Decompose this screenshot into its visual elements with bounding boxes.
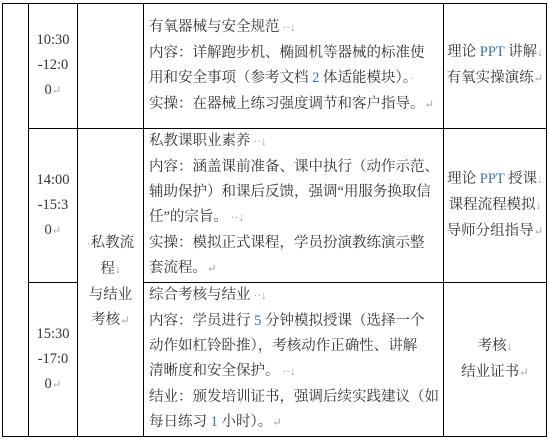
text-segment: 用和安全事项（参考文档	[149, 70, 312, 86]
text-segment: 辅助保护）和课后反馈，强调“用服务换取信	[149, 184, 431, 200]
text-segment: 私教流	[91, 235, 135, 251]
text-segment: 体适能模块）。	[319, 70, 410, 86]
text-line: 程↓	[78, 257, 143, 283]
text-line: -12:0	[29, 53, 77, 78]
text-segment: 结业：颁发培训证书，强调后续实践建议（如	[149, 389, 439, 405]
text-segment: -17:0	[38, 351, 69, 367]
text-segment: 10:30	[36, 32, 69, 48]
text-line: 0↵	[29, 78, 77, 104]
format-mark-icon: ··	[280, 22, 291, 34]
text-segment: 有氧实操演练	[447, 70, 534, 86]
format-mark-icon: ↓	[537, 174, 543, 186]
text-line: -17:0	[29, 347, 77, 372]
text-line: 15:30	[29, 322, 77, 347]
format-mark-icon: ··	[280, 366, 291, 378]
content-cell[interactable]: 私教课职业素养 ··↓内容：涵盖课前准备、课中执行（动作示范、辅助保护）和课后反…	[144, 129, 444, 283]
format-mark-icon: ↵	[534, 226, 544, 238]
text-segment: 程	[100, 261, 115, 277]
format-mark-icon: ↓	[537, 47, 543, 59]
accent-number: PPT	[480, 44, 505, 60]
text-segment: 私教课职业素养	[149, 133, 251, 149]
text-line: 私教课职业素养 ··↓	[149, 129, 441, 155]
text-line: 套流程。↵	[149, 256, 441, 282]
text-line: 有氧实操演练↵	[444, 66, 546, 92]
text-line: 实操：模拟正式课程，学员扮演教练演示整	[149, 231, 441, 256]
text-segment: 动作如杠铃卧推），考核动作正确性、讲解	[149, 338, 417, 354]
text-segment: 授课	[504, 171, 537, 187]
format-mark-icon: ↓	[290, 366, 296, 378]
text-segment: 分钟模拟授课（选择一个	[261, 313, 424, 329]
text-segment: 与结业	[89, 287, 133, 303]
format-mark-icon: ↵	[52, 379, 62, 391]
notes-cell[interactable]: 理论 PPT 授课↓课程流程模拟↓导师分组指导↵	[444, 129, 547, 283]
format-mark-icon: ··	[251, 290, 262, 302]
text-line: 理论 PPT 讲解↓	[444, 40, 546, 66]
text-line: 内容：学员进行 5 分钟模拟授课（选择一个	[149, 309, 441, 334]
format-mark-icon: ↓	[261, 290, 267, 302]
text-segment: 综合考核与结业	[149, 287, 251, 303]
text-segment: 15:30	[36, 326, 69, 342]
text-segment: 0	[45, 82, 52, 98]
text-segment: 考核	[91, 312, 120, 328]
text-line: 有氧器械与安全规范 ··↓	[149, 15, 441, 41]
text-line: 动作如杠铃卧推），考核动作正确性、讲解	[149, 334, 441, 359]
text-segment: 导师分组指导	[447, 223, 534, 239]
text-line: 综合考核与结业 ··↓	[149, 283, 441, 309]
time-cell[interactable]: 10:30-12:00↵	[29, 4, 78, 129]
text-line: 考核↵	[78, 308, 143, 334]
text-line: 与结业	[78, 283, 143, 308]
category-empty-cell	[78, 4, 144, 129]
text-line: 10:30	[29, 28, 77, 53]
text-line: 清晰度和安全保护。 ··↓	[149, 359, 441, 385]
text-line: 考核↓	[444, 334, 546, 360]
notes-cell[interactable]: 考核↓结业证书↵	[444, 283, 547, 437]
text-line: 每日练习 1 小时）。↵	[149, 410, 441, 436]
text-segment: 考核	[478, 338, 507, 354]
text-line: 用和安全事项（参考文档 2 体适能模块）。·	[149, 66, 441, 92]
format-mark-icon: ↓	[261, 136, 267, 148]
format-mark-icon: ↵	[272, 417, 282, 429]
text-segment: 每日练习	[149, 414, 211, 430]
table-row: 14:00-15:30↵ ·私教流程↓与结业考核↵ 私教课职业素养 ··↓内容：…	[3, 129, 547, 283]
format-mark-icon: ↓	[290, 22, 296, 34]
category-cell[interactable]: ·私教流程↓与结业考核↵	[78, 129, 144, 437]
format-mark-icon: ↵	[207, 263, 217, 275]
text-line: ·私教流	[78, 231, 143, 257]
text-line: 0↵	[29, 218, 77, 244]
text-segment: 任”的宗旨。	[149, 209, 228, 225]
format-mark-icon: ↵	[425, 99, 435, 111]
schedule-table: 10:30-12:00↵ 有氧器械与安全规范 ··↓内容：详解跑步机、椭圆机等器…	[2, 3, 547, 437]
text-segment: 结业证书	[461, 364, 519, 380]
text-line: 任”的宗旨。 ··↓	[149, 205, 441, 231]
text-line: 导师分组指导↵	[444, 219, 546, 245]
empty-margin-cell	[3, 4, 29, 437]
format-mark-icon: ·	[410, 73, 414, 85]
format-mark-icon: ↵	[534, 73, 544, 85]
text-segment: -12:0	[38, 57, 69, 73]
text-line: 课程流程模拟↓	[444, 193, 546, 219]
text-line: 14:00	[29, 168, 77, 193]
content-cell[interactable]: 综合考核与结业 ··↓内容：学员进行 5 分钟模拟授课（选择一个动作如杠铃卧推）…	[144, 283, 444, 437]
text-segment: 实操：在器械上练习强度调节和客户指导。	[149, 96, 425, 112]
format-mark-icon: ··	[251, 136, 262, 148]
text-segment: 有氧器械与安全规范	[149, 19, 280, 35]
text-segment: 内容：详解跑步机、椭圆机等器械的标准使	[149, 45, 425, 61]
time-cell[interactable]: 15:30-17:00↵	[29, 283, 78, 437]
format-mark-icon: ··	[228, 212, 239, 224]
format-mark-icon: ↓	[536, 200, 542, 212]
text-segment: 14:00	[36, 172, 69, 188]
text-line: 内容：涵盖课前准备、课中执行（动作示范、	[149, 155, 441, 180]
text-line: 结业证书↵	[444, 360, 546, 386]
format-mark-icon: ↵	[120, 315, 130, 327]
text-segment: 0	[45, 222, 52, 238]
text-line: 结业：颁发培训证书，强调后续实践建议（如	[149, 385, 441, 410]
text-segment: -15:3	[38, 197, 69, 213]
text-segment: 清晰度和安全保护。	[149, 363, 280, 379]
content-cell[interactable]: 有氧器械与安全规范 ··↓内容：详解跑步机、椭圆机等器械的标准使用和安全事项（参…	[144, 4, 444, 129]
text-segment: 实操：模拟正式课程，学员扮演教练演示整	[149, 235, 425, 251]
text-line: 实操：在器械上练习强度调节和客户指导。↵	[149, 92, 441, 118]
text-segment: 0	[45, 376, 52, 392]
text-line: 0↵	[29, 372, 77, 398]
format-mark-icon: ↓	[507, 341, 513, 353]
table-row: 10:30-12:00↵ 有氧器械与安全规范 ··↓内容：详解跑步机、椭圆机等器…	[3, 4, 547, 129]
text-segment: 内容：涵盖课前准备、课中执行（动作示范、	[149, 159, 439, 175]
text-segment: 理论	[447, 171, 480, 187]
notes-cell[interactable]: 理论 PPT 讲解↓有氧实操演练↵	[444, 4, 547, 129]
text-line: 内容：详解跑步机、椭圆机等器械的标准使	[149, 41, 441, 66]
text-segment: 课程流程模拟	[449, 197, 536, 213]
format-mark-icon: ↵	[519, 367, 529, 379]
accent-number: 1	[211, 414, 218, 430]
text-line: -15:3	[29, 193, 77, 218]
time-cell[interactable]: 14:00-15:30↵	[29, 129, 78, 283]
text-line: 理论 PPT 授课↓	[444, 167, 546, 193]
text-segment: 讲解	[504, 44, 537, 60]
format-mark-icon: ↓	[238, 212, 244, 224]
text-segment: 理论	[447, 44, 480, 60]
text-segment: 内容：学员进行	[149, 313, 254, 329]
format-mark-icon: ↓	[115, 264, 121, 276]
format-mark-icon: ↵	[52, 225, 62, 237]
text-line: 辅助保护）和课后反馈，强调“用服务换取信	[149, 180, 441, 205]
text-segment: 小时）。	[218, 414, 272, 430]
text-segment: 套流程。	[149, 260, 207, 276]
format-mark-icon: ↵	[52, 85, 62, 97]
accent-number: PPT	[480, 171, 505, 187]
